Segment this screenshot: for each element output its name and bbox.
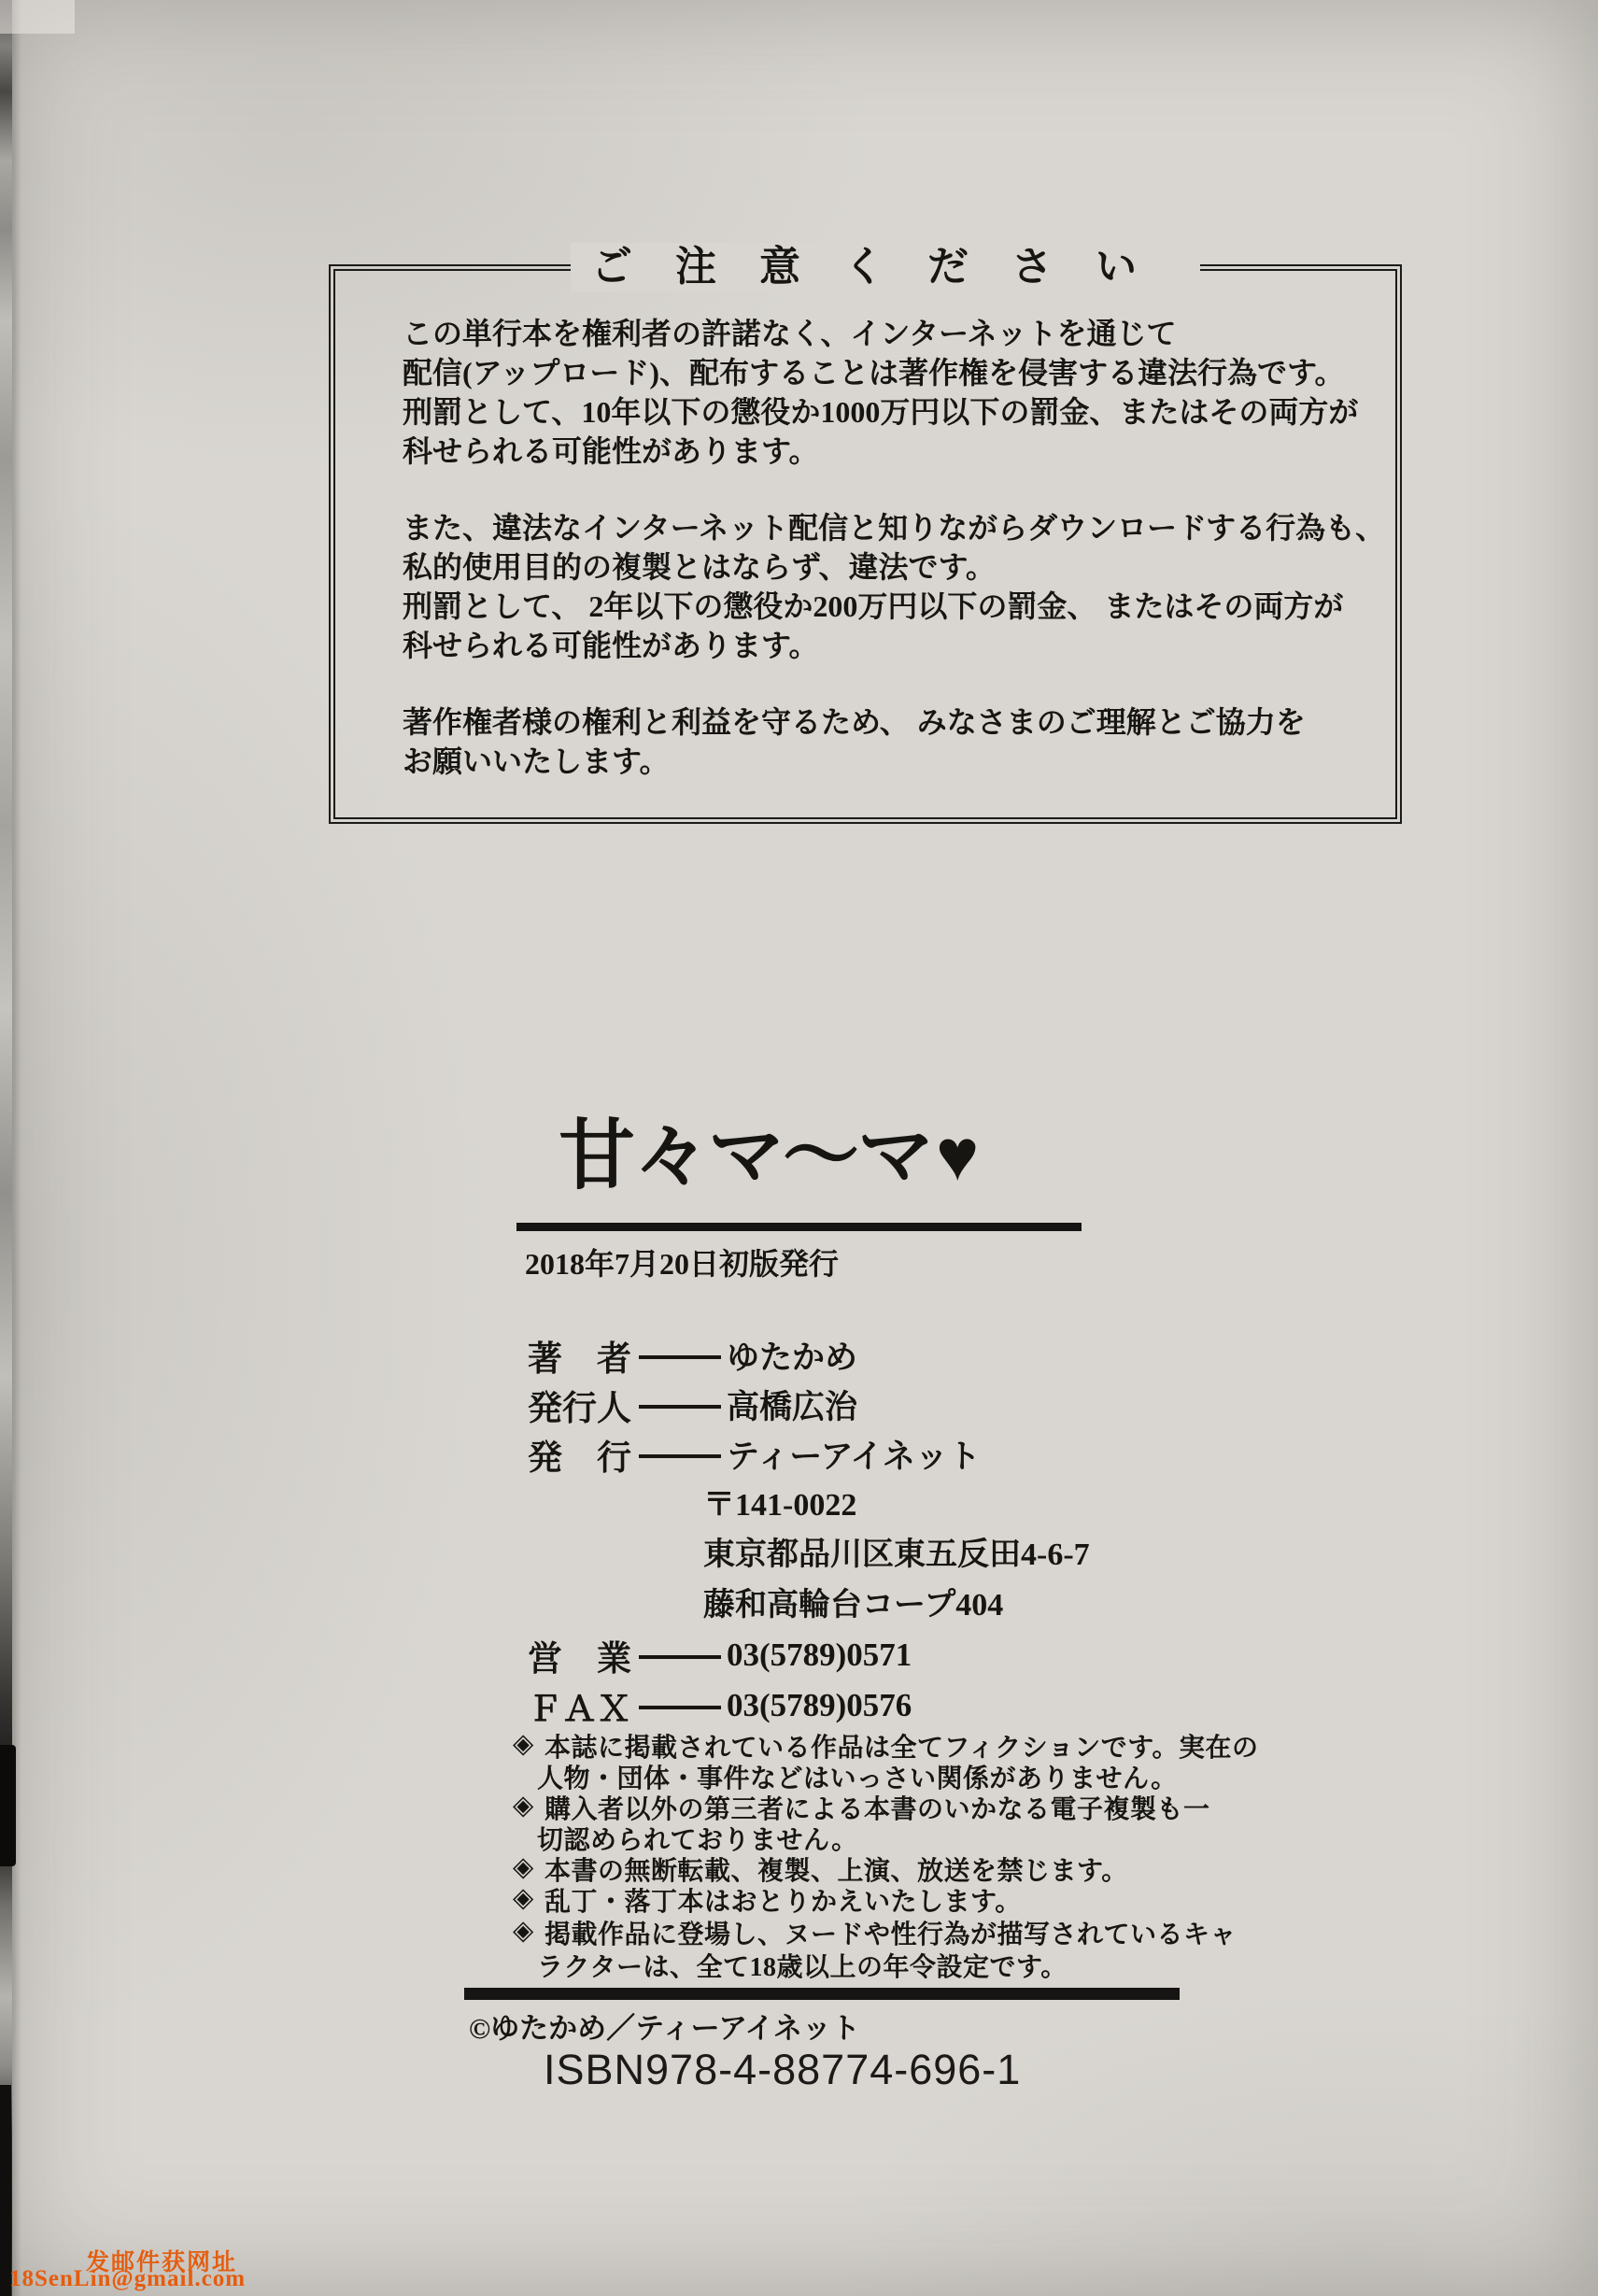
postal-code: 〒141-0022: [703, 1479, 856, 1524]
author-label: 著 者: [528, 1330, 631, 1381]
edition-date: 2018年7月20日初版発行: [525, 1240, 839, 1283]
sales-phone-row: 営 業 03(5789)0571: [528, 1630, 912, 1680]
diamond-bullet-icon: ◈: [513, 1914, 533, 1947]
leader-line: [639, 1454, 721, 1458]
book-title-text: 甘々マ〜マ: [559, 1113, 932, 1198]
scan-ink-blob-bottom: [0, 2085, 11, 2296]
scan-ink-blob: [0, 1745, 16, 1866]
copyright-warning-box: ご注意ください この単行本を権利者の許諾なく、インターネットを通じて 配信(アッ…: [329, 264, 1402, 824]
warning-line: お願いいたします。: [403, 742, 1358, 781]
heart-icon: ♥: [936, 1114, 977, 1196]
warning-line: 刑罰として、10年以下の懲役か1000万円以下の罰金、またはその両方が: [403, 392, 1358, 432]
isbn: ISBN978-4-88774-696-1: [544, 2046, 1021, 2094]
warning-line: また、違法なインターネット配信と知りながらダウンロードする行為も、: [403, 508, 1358, 547]
warning-line: 刑罰として、 2年以下の懲役か200万円以下の罰金、 またはその両方が: [403, 587, 1358, 626]
leader-line: [639, 1405, 721, 1409]
diamond-bullet-icon: ◈: [513, 1789, 533, 1821]
warning-paragraph-3: 著作権者様の権利と利益を守るため、 みなさまのご理解とご協力を お願いいたします…: [403, 702, 1358, 781]
copyright-line: ©ゆたかめ／ティーアイネット: [469, 2005, 860, 2047]
disclaimer-line: 掲載作品に登場し、ヌードや性行為が描写されているキャ: [544, 1914, 1237, 1951]
leader-line: [639, 1655, 721, 1659]
warning-line: この単行本を権利者の許諾なく、インターネットを通じて: [403, 314, 1358, 353]
leader-line: [639, 1706, 721, 1709]
fax-row: ＦＡＸ 03(5789)0576: [528, 1680, 912, 1731]
sales-label: 営 業: [528, 1630, 631, 1680]
warning-box-title: ご注意ください: [571, 243, 1200, 291]
fax-label: ＦＡＸ: [528, 1680, 631, 1731]
diamond-bullet-icon: ◈: [513, 1727, 533, 1760]
disclaimer-line: 乱丁・落丁本はおとりかえいたします。: [544, 1881, 1022, 1919]
warning-line: 科せられる可能性があります。: [403, 432, 1358, 471]
publisher-row: 発 行 ティーアイネット: [528, 1429, 981, 1480]
warning-line: 著作権者様の権利と利益を守るため、 みなさまのご理解とご協力を: [403, 702, 1358, 742]
address-line-2: 藤和高輪台コープ404: [703, 1579, 1003, 1624]
warning-line: 科せられる可能性があります。: [403, 626, 1358, 665]
publisher-person-row: 発行人 高橋広治: [528, 1380, 857, 1430]
footer-divider-rule: [464, 1988, 1180, 2000]
diamond-bullet-icon: ◈: [513, 1850, 533, 1883]
scan-edge-shadow: [12, 0, 21, 2296]
warning-paragraph-2: また、違法なインターネット配信と知りながらダウンロードする行為も、 私的使用目的…: [403, 508, 1358, 665]
publisher-label: 発 行: [528, 1429, 631, 1480]
fax-phone: 03(5789)0576: [727, 1687, 912, 1724]
publisher-person-name: 高橋広治: [727, 1382, 857, 1428]
disclaimer-line: ラクターは、全て18歳以上の年令設定です。: [537, 1947, 1068, 1984]
warning-line: 配信(アップロード)、配布することは著作権を侵害する違法行為です。: [403, 353, 1358, 392]
book-title: 甘々マ〜マ♥: [559, 1110, 973, 1204]
publisher-name: ティーアイネット: [727, 1431, 981, 1478]
warning-line: 私的使用目的の複製とはならず、違法です。: [403, 547, 1358, 587]
leader-line: [639, 1355, 721, 1359]
title-underline-rule: [516, 1223, 1082, 1231]
publisher-person-label: 発行人: [528, 1380, 631, 1430]
scan-corner-highlight: [0, 0, 75, 34]
warning-paragraph-1: この単行本を権利者の許諾なく、インターネットを通じて 配信(アップロード)、配布…: [403, 314, 1358, 471]
author-row: 著 者 ゆたかめ: [528, 1330, 857, 1381]
address-line-1: 東京都品川区東五反田4-6-7: [703, 1528, 1090, 1574]
author-name: ゆたかめ: [727, 1332, 857, 1379]
scanned-colophon-page: { "paper": { "bg": "#d9d6d1", "ink": "#1…: [0, 0, 1598, 2296]
diamond-bullet-icon: ◈: [513, 1881, 533, 1914]
watermark-line-2: 18SenLin@gmail.com: [9, 2266, 246, 2292]
sales-phone: 03(5789)0571: [727, 1637, 912, 1674]
scan-edge-artifact: [0, 0, 12, 2296]
